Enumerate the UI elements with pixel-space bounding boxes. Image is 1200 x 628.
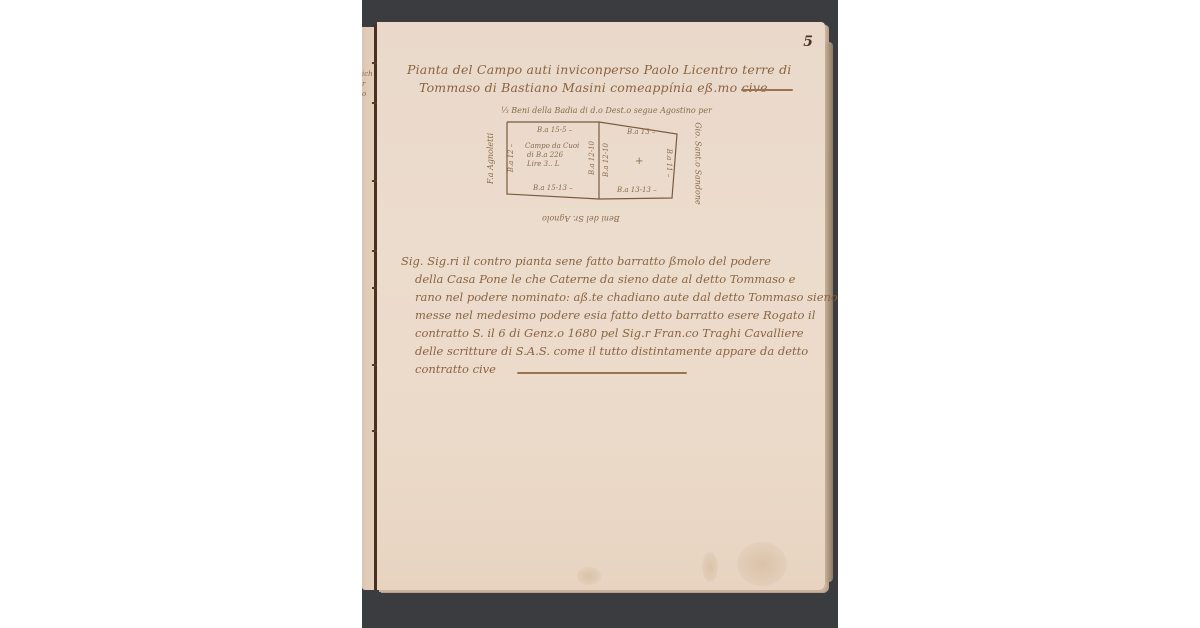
left-plot-center-line-1: Campo da Cuoi (525, 142, 579, 150)
heading-line-1: Pianta del Campo auti inviconperso Paolo… (407, 62, 791, 77)
right-plot-left-measure: B.a 12-10 (602, 143, 610, 177)
right-plot-center-mark: + (635, 156, 643, 167)
left-plot-right-measure: B.a 12-10 (588, 141, 596, 175)
diagram-right-caption: Gio. Sant.o Sandone (694, 122, 703, 204)
heading-line-2: Tommaso di Bastiano Masini comeappínia e… (419, 80, 768, 95)
left-plot-center-line-2: di B.a 226 (527, 151, 563, 159)
left-plot-center-line-3: Lire 3.. L (527, 160, 559, 168)
body-line-5: contratto S. il 6 di Genz.o 1680 pel Sig… (415, 326, 804, 340)
left-plot-bottom-measure: B.a 15-13 – (533, 184, 573, 192)
diagram-bottom-caption: Beni del Sr. Agnolo (542, 214, 620, 223)
closing-rule (517, 372, 687, 374)
diagram-top-caption: ⅓ Beni della Badia di d.o Dest.o segue A… (501, 106, 712, 115)
body-line-1: Sig. Sig.ri il contro pianta sene fatto … (401, 254, 771, 268)
paper-stain (737, 542, 787, 586)
left-plot-left-measure: B.a 12 – (507, 144, 515, 172)
right-plot-right-measure: B.a 11 – (665, 149, 673, 177)
body-line-2: della Casa Pone le che Caterne da sieno … (415, 272, 795, 286)
manuscript-page: 5 Pianta del Campo auti inviconperso Pao… (377, 22, 825, 590)
diagram-left-caption: F.a Agnoletti (486, 133, 495, 184)
heading-flourish (741, 89, 793, 91)
field-plan-diagram: ⅓ Beni della Badia di d.o Dest.o segue A… (487, 104, 717, 234)
paper-stain (577, 567, 601, 585)
body-line-3: rano nel podere nominato: aß.te chadiano… (415, 290, 838, 304)
left-plot-top-measure: B.a 15-5 – (537, 126, 572, 134)
body-line-6: delle scritture di S.A.S. come il tutto … (415, 344, 808, 358)
right-plot-bottom-measure: B.a 13-13 – (617, 186, 657, 194)
paper-stain (702, 552, 718, 582)
scanned-manuscript: ich r o 5 Pianta del Campo auti inviconp… (362, 0, 838, 628)
body-line-7: contratto cive (415, 362, 496, 376)
folio-number: 5 (803, 34, 813, 50)
page-fore-edge (825, 42, 833, 582)
body-line-4: messe nel medesimo podere esia fatto det… (415, 308, 815, 322)
right-plot-top-measure: B.a 13 – (627, 128, 655, 136)
